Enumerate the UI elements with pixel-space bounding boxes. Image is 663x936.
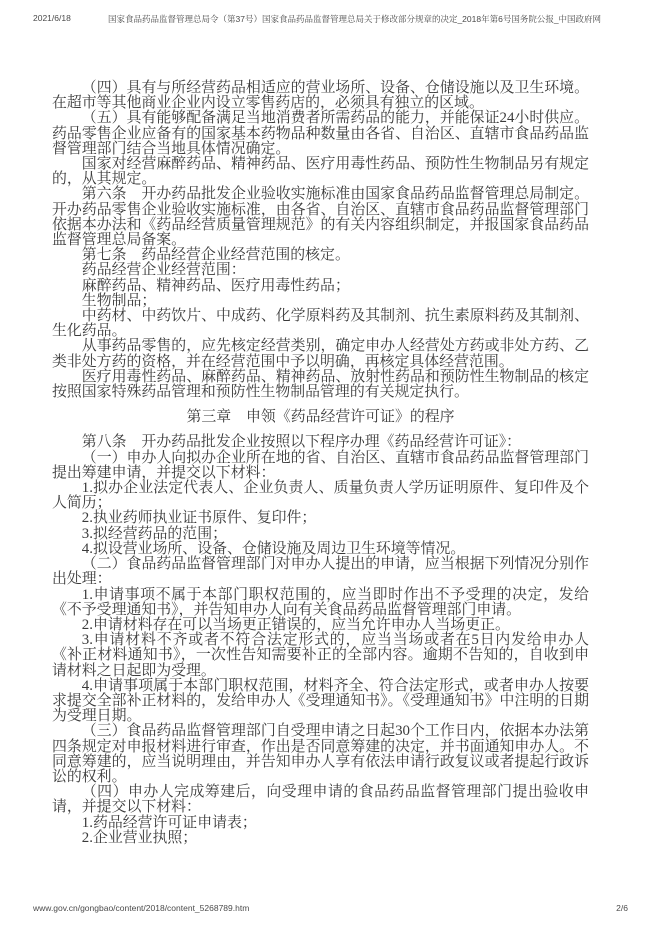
paragraph: 3.申请材料不齐或者不符合法定形式的，应当当场或者在5日内发给申办人《补正材料通… <box>52 633 589 679</box>
paragraph: 麻醉药品、精神药品、医疗用毒性药品； <box>52 279 589 294</box>
paragraph: （五）具有能够配备满足当地消费者所需药品的能力，并能保证24小时供应。药品零售企… <box>52 111 589 157</box>
paragraph: 1.拟办企业法定代表人、企业负责人、质量负责人学历证明原件、复印件及个人简历； <box>52 481 589 511</box>
paragraph: 2.申请材料存在可以当场更正错误的，应当允许申办人当场更正。 <box>52 618 589 633</box>
paragraph: 第八条 开办药品批发企业按照以下程序办理《药品经营许可证》： <box>52 435 589 450</box>
chapter-heading: 第三章 申领《药品经营许可证》的程序 <box>52 410 589 425</box>
paragraph: 国家对经营麻醉药品、精神药品、医疗用毒性药品、预防性生物制品另有规定的，从其规定… <box>52 157 589 187</box>
paragraph: 1.申请事项不属于本部门职权范围的，应当即时作出不予受理的决定，发给《不予受理通… <box>52 588 589 618</box>
paragraph: 医疗用毒性药品、麻醉药品、精神药品、放射性药品和预防性生物制品的核定按照国家特殊… <box>52 370 589 400</box>
paragraph: （二）食品药品监督管理部门对申办人提出的申请，应当根据下列情况分别作出处理： <box>52 557 589 587</box>
paragraph: 4.拟设营业场所、设备、仓储设施及周边卫生环境等情况。 <box>52 542 589 557</box>
paragraph: 3.拟经营药品的范围； <box>52 527 589 542</box>
document-body: （四）具有与所经营药品相适应的营业场所、设备、仓储设施以及卫生环境。在超市等其他… <box>52 81 589 846</box>
print-page: { "header": { "date": "2021/6/18", "titl… <box>0 0 663 936</box>
paragraph: （三）食品药品监督管理部门自受理申请之日起30个工作日内，依据本办法第四条规定对… <box>52 724 589 785</box>
paragraph: 4.申请事项属于本部门职权范围，材料齐全、符合法定形式，或者申办人按要求提交全部… <box>52 679 589 725</box>
header-date: 2021/6/18 <box>33 13 71 23</box>
paragraph: （一）申办人向拟办企业所在地的省、自治区、直辖市食品药品监督管理部门提出筹建申请… <box>52 451 589 481</box>
paragraph: 生物制品； <box>52 294 589 309</box>
paragraph: 第六条 开办药品批发企业验收实施标准由国家食品药品监督管理总局制定。开办药品零售… <box>52 187 589 248</box>
paragraph: 中药材、中药饮片、中成药、化学原料药及其制剂、抗生素原料药及其制剂、生化药品。 <box>52 309 589 339</box>
paragraph: （四）具有与所经营药品相适应的营业场所、设备、仓储设施以及卫生环境。在超市等其他… <box>52 81 589 111</box>
header-title: 国家食品药品监督管理总局令（第37号）国家食品药品监督管理总局关于修改部分规章的… <box>108 13 630 25</box>
paragraph: （四）申办人完成筹建后，向受理申请的食品药品监督管理部门提出验收申请，并提交以下… <box>52 785 589 815</box>
footer-page-indicator: 2/6 <box>616 903 628 913</box>
paragraph: 药品经营企业经营范围： <box>52 263 589 278</box>
paragraph: 2.企业营业执照； <box>52 831 589 846</box>
footer-url: www.gov.cn/gongbao/content/2018/content_… <box>33 903 249 913</box>
paragraph: 2.执业药师执业证书原件、复印件； <box>52 511 589 526</box>
paragraph: 1.药品经营许可证申请表； <box>52 816 589 831</box>
paragraph: 从事药品零售的，应先核定经营类别，确定申办人经营处方药或非处方药、乙类非处方药的… <box>52 339 589 369</box>
